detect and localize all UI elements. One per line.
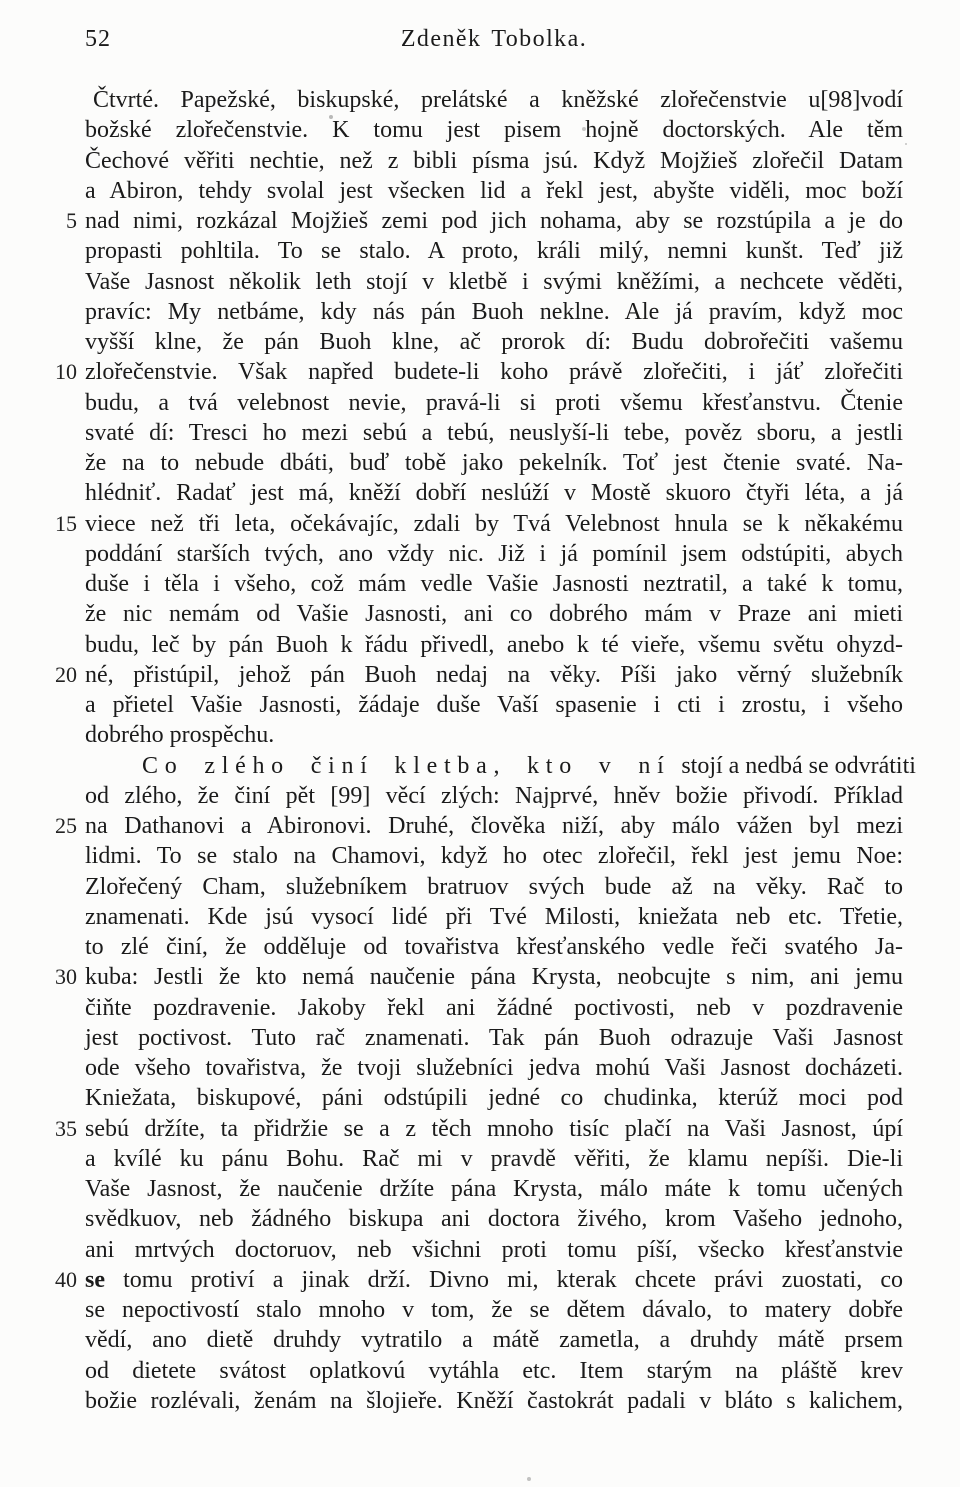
line-text: ani mrtvých doctoruov, neb všichni proti…: [85, 1235, 903, 1265]
text-line: svaté dí: Tresci ho mezi sebú a tebú, ne…: [85, 418, 903, 448]
text-line: znamenati. Kde jsú vysocí lidé při Tvé M…: [85, 902, 903, 932]
line-text: budu, a tvá velebnost nevie, pravá-li si…: [85, 388, 903, 418]
line-text: svaté dí: Tresci ho mezi sebú a tebú, ne…: [85, 418, 903, 448]
line-text: Vaše Jasnost, že naučenie držíte pána Kr…: [85, 1174, 903, 1204]
line-text: že nic nemám od Vašie Jasnosti, ani co d…: [85, 599, 903, 629]
margin-line-number: 30: [39, 962, 77, 992]
margin-line-number: 35: [39, 1114, 77, 1144]
line-text: od zlého, že činí pět [99] věcí zlých: N…: [85, 781, 903, 811]
text-line: dobrého prospěchu.: [85, 720, 903, 750]
line-text: Čechové věřiti nechtie, než z bibli písm…: [85, 146, 903, 176]
text-line: budu, a tvá velebnost nevie, pravá-li si…: [85, 388, 903, 418]
margin-line-number: 25: [39, 811, 77, 841]
line-text: na Dathanovi a Abironovi. Druhé, člověka…: [85, 811, 903, 841]
line-text: se tomu protiví a jinak drží. Divno mi, …: [85, 1265, 903, 1295]
text-line: 5 nad nimi, rozkázal Mojžieš zemi pod ji…: [85, 206, 903, 236]
text-line: vědí, ano dietě druhdy vytratilo a mátě …: [85, 1325, 903, 1355]
text-line: budu, leč by pán Buoh k řádu přivedl, an…: [85, 630, 903, 660]
text-line: že na to nebude dbáti, buď tobě jako pek…: [85, 448, 903, 478]
text-line: propasti pohltila. To se stalo. A proto,…: [85, 236, 903, 266]
text-line: že nic nemám od Vašie Jasnosti, ani co d…: [85, 599, 903, 629]
line-text: lidmi. To se stalo na Chamovi, když ho o…: [85, 841, 903, 871]
text-line: čiňte pozdravenie. Jakoby řekl ani žádné…: [85, 993, 903, 1023]
line-text: božie rozlévali, ženám na šlojieře. Kněž…: [85, 1386, 903, 1416]
line-text: a kvílé ku pánu Bohu. Rač mi v pravdě vě…: [85, 1144, 903, 1174]
text-line: duše i těla i všeho, což mám vedle Vašie…: [85, 569, 903, 599]
text-line: Kniežata, biskupové, páni odstúpili jedn…: [85, 1083, 903, 1113]
text-line: 15 viece než tři leta, očekávajíc, zdali…: [85, 509, 903, 539]
line-text: viece než tři leta, očekávajíc, zdali by…: [85, 509, 903, 539]
line-text: svědkuov, neb žádného biskupa ani doctor…: [85, 1204, 903, 1234]
text-line: svědkuov, neb žádného biskupa ani doctor…: [85, 1204, 903, 1234]
line-text: zlořečenstvie. Však napřed budete-li koh…: [85, 357, 903, 387]
page-header: 52 Zdeněk Tobolka.: [85, 26, 903, 58]
text-line: božské zlořečenstvie. K tomu jest pisem …: [85, 115, 903, 145]
text-line: to zlé činí, že odděluje od tovařistva k…: [85, 932, 903, 962]
text-line: ani mrtvých doctoruov, neb všichni proti…: [85, 1235, 903, 1265]
line-text: duše i těla i všeho, což mám vedle Vašie…: [85, 569, 903, 599]
margin-line-number: 10: [39, 357, 77, 387]
text-line: hlédniť. Radať jest má, kněží dobří nesl…: [85, 478, 903, 508]
text-line: a přietel Vašie Jasnosti, žádaje duše Va…: [85, 690, 903, 720]
running-title: Zdeněk Tobolka.: [85, 26, 903, 53]
margin-line-number: 20: [39, 660, 77, 690]
line-text: budu, leč by pán Buoh k řádu přivedl, an…: [85, 630, 903, 660]
line-text: kuba: Jestli že kto nemá naučenie pána K…: [85, 962, 903, 992]
text-line: Co zlého činí kletba, kto v ní stojí a n…: [85, 751, 903, 781]
text-line: poddání starších tvých, ano vždy nic. Ji…: [85, 539, 903, 569]
line-text: že na to nebude dbáti, buď tobě jako pek…: [85, 448, 903, 478]
line-text: Vaše Jasnost několik leth stojí v kletbě…: [85, 267, 903, 297]
line-text: dobrého prospěchu.: [85, 720, 903, 750]
line-text: od dietete svátost oplatkovú vytáhla etc…: [85, 1356, 903, 1386]
line-text: vyšší klne, že pán Buoh klne, ač prorok …: [85, 327, 903, 357]
text-line: jest poctivost. Tuto rač znamenati. Tak …: [85, 1023, 903, 1053]
scan-specks: [0, 0, 2, 2]
text-line: a Abiron, tehdy svolal jest všecken lid …: [85, 176, 903, 206]
line-text: jest poctivost. Tuto rač znamenati. Tak …: [85, 1023, 903, 1053]
text-line: Zlořečený Cham, služebníkem bratruov svý…: [85, 872, 903, 902]
text-line: od zlého, že činí pět [99] věcí zlých: N…: [85, 781, 903, 811]
text-line: 25 na Dathanovi a Abironovi. Druhé, člov…: [85, 811, 903, 841]
text-line: ode všeho tovařistva, že tvoji služebníc…: [85, 1053, 903, 1083]
text-line: a kvílé ku pánu Bohu. Rač mi v pravdě vě…: [85, 1144, 903, 1174]
line-text: Kniežata, biskupové, páni odstúpili jedn…: [85, 1083, 903, 1113]
line-text: propasti pohltila. To se stalo. A proto,…: [85, 236, 903, 266]
line-text: se nepoctivostí stalo mnoho v tom, že se…: [85, 1295, 903, 1325]
line-text: sebú držíte, ta přidržie se a z těch mno…: [85, 1114, 903, 1144]
line-text: nad nimi, rozkázal Mojžieš zemi pod jich…: [85, 206, 903, 236]
line-text: čiňte pozdravenie. Jakoby řekl ani žádné…: [85, 993, 903, 1023]
text-line: 35 sebú držíte, ta přidržie se a z těch …: [85, 1114, 903, 1144]
line-text: hlédniť. Radať jest má, kněží dobří nesl…: [85, 478, 903, 508]
text-line: se nepoctivostí stalo mnoho v tom, že se…: [85, 1295, 903, 1325]
text-line: Čtvrté. Papežské, biskupské, prelátské a…: [85, 85, 903, 115]
margin-line-number: 15: [39, 509, 77, 539]
text-line: 20 né, přistúpil, jehož pán Buoh nedaj n…: [85, 660, 903, 690]
text-line: Vaše Jasnost několik leth stojí v kletbě…: [85, 267, 903, 297]
text-line: Vaše Jasnost, že naučenie držíte pána Kr…: [85, 1174, 903, 1204]
book-page: 52 Zdeněk Tobolka. Čtvrté. Papežské, bis…: [0, 0, 960, 1487]
line-text: božské zlořečenstvie. K tomu jest pisem …: [85, 115, 903, 145]
line-text: a Abiron, tehdy svolal jest všecken lid …: [85, 176, 903, 206]
line-text: znamenati. Kde jsú vysocí lidé při Tvé M…: [85, 902, 903, 932]
text-line: od dietete svátost oplatkovú vytáhla etc…: [85, 1356, 903, 1386]
line-text: pravíc: My netbáme, kdy nás pán Buoh nek…: [85, 297, 903, 327]
margin-line-number: 5: [39, 206, 77, 236]
line-text: ode všeho tovařistva, že tvoji služebníc…: [85, 1053, 903, 1083]
line-text: to zlé činí, že odděluje od tovařistva k…: [85, 932, 903, 962]
text-line: Čechové věřiti nechtie, než z bibli písm…: [85, 146, 903, 176]
text-block: Čtvrté. Papežské, biskupské, prelátské a…: [85, 85, 903, 1416]
line-text: a přietel Vašie Jasnosti, žádaje duše Va…: [85, 690, 903, 720]
line-text: Čtvrté. Papežské, biskupské, prelátské a…: [85, 85, 903, 115]
text-line: lidmi. To se stalo na Chamovi, když ho o…: [85, 841, 903, 871]
page-number: 52: [85, 26, 111, 53]
line-text: vědí, ano dietě druhdy vytratilo a mátě …: [85, 1325, 903, 1355]
text-line: pravíc: My netbáme, kdy nás pán Buoh nek…: [85, 297, 903, 327]
line-text: né, přistúpil, jehož pán Buoh nedaj na v…: [85, 660, 903, 690]
text-line: vyšší klne, že pán Buoh klne, ač prorok …: [85, 327, 903, 357]
margin-line-number: 40: [39, 1265, 77, 1295]
text-line: 10 zlořečenstvie. Však napřed budete-li …: [85, 357, 903, 387]
line-text: poddání starších tvých, ano vždy nic. Ji…: [85, 539, 903, 569]
line-text: Zlořečený Cham, služebníkem bratruov svý…: [85, 872, 903, 902]
text-line: 40 se tomu protiví a jinak drží. Divno m…: [85, 1265, 903, 1295]
line-text: Co zlého činí kletba, kto v ní stojí a n…: [85, 751, 903, 781]
text-line: 30 kuba: Jestli že kto nemá naučenie pán…: [85, 962, 903, 992]
text-line: božie rozlévali, ženám na šlojieře. Kněž…: [85, 1386, 903, 1416]
